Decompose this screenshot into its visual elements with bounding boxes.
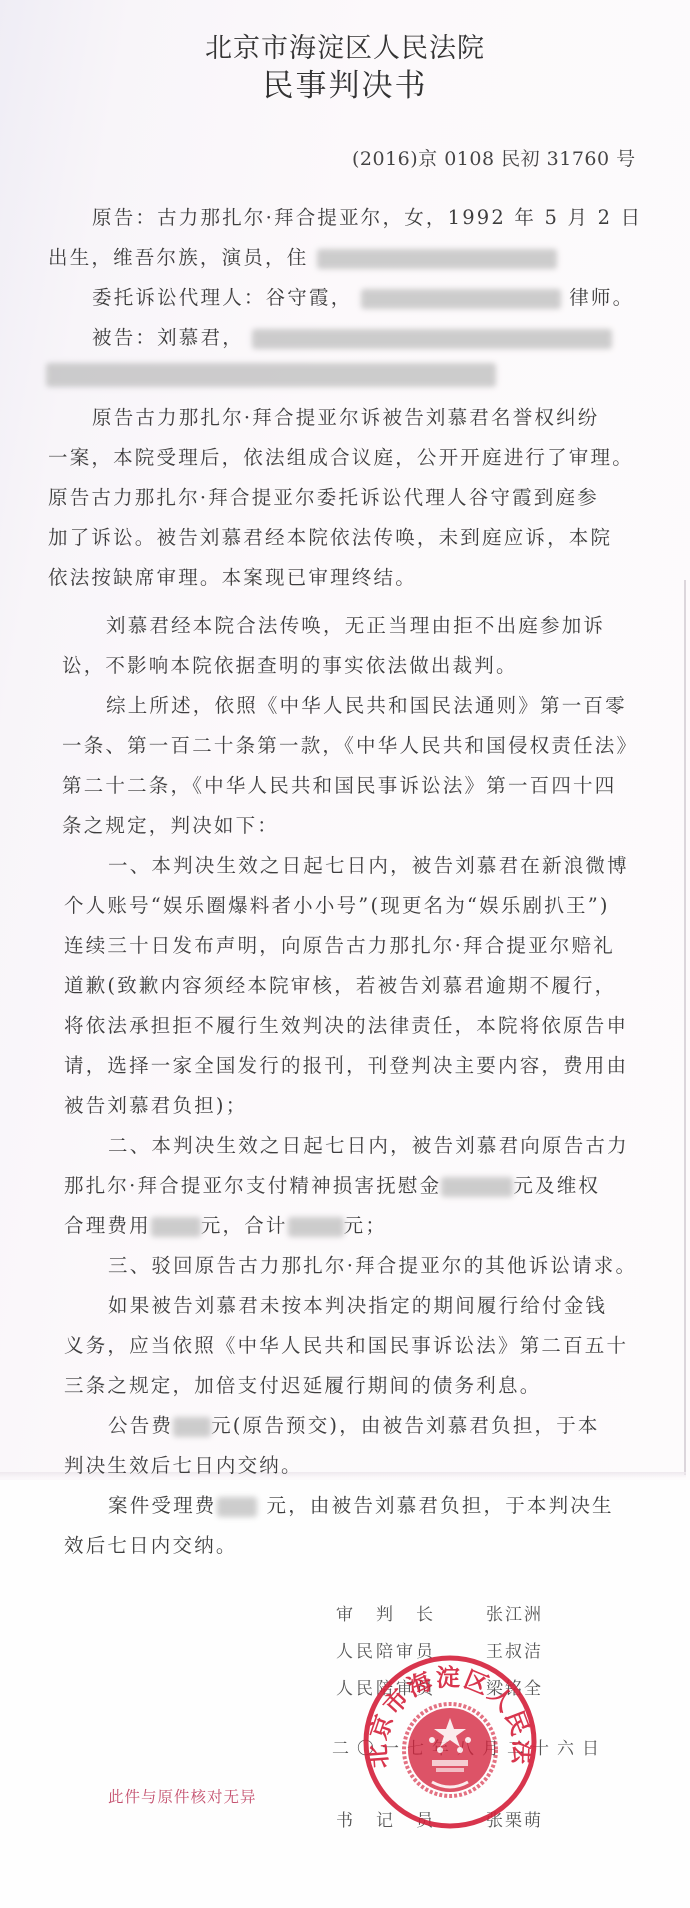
redacted-total-amount (288, 1217, 344, 1237)
announcement-fee-label: 公告费 (108, 1414, 173, 1437)
defendant-label: 被告：刘慕君， (92, 326, 244, 349)
plaintiff-line-2: 出生，维吾尔族，演员，住 (48, 242, 557, 270)
body-line: 第二十二条，《中华人民共和国民事诉讼法》第一百四十四 (62, 770, 616, 798)
verification-note: 此件与原件核对无异 (108, 1785, 257, 1807)
total-suffix: 元； (344, 1214, 387, 1237)
judgment-item-2: 二、本判决生效之日起七日内，被告刘慕君向原告古力 (108, 1130, 629, 1158)
defendant-line: 被告：刘慕君， (92, 322, 612, 350)
judgment-item-2-line-3: 合理费用元，合计元； (64, 1210, 387, 1238)
body-line: 连续三十日发布声明，向原告古力那扎尔·拜合提亚尔赔礼 (64, 930, 615, 958)
signature-role: 审 判 长 (336, 1600, 436, 1625)
body-line: 被告刘慕君负担)； (64, 1090, 247, 1118)
redacted-announcement-fee (173, 1417, 211, 1437)
case-number: (2016)京 0108 民初 31760 号 (352, 144, 636, 171)
expenses-label: 合理费用 (64, 1214, 151, 1237)
redacted-defendant-address (46, 363, 496, 387)
document-title: 民事判决书 (0, 60, 690, 105)
compensation-suffix: 元及维权 (513, 1174, 600, 1197)
case-fee-label: 案件受理费 (108, 1494, 217, 1517)
body-line: 刘慕君经本院合法传唤，无正当理由拒不出庭参加诉 (106, 610, 605, 638)
plaintiff-line-1: 原告：古力那扎尔·拜合提亚尔，女，1992 年 5 月 2 日 (92, 202, 642, 230)
body-line: 原告古力那扎尔·拜合提亚尔委托诉讼代理人谷守霞到庭参 (48, 482, 599, 510)
redacted-expenses-amount (151, 1217, 201, 1237)
body-line: 加了诉讼。被告刘慕君经本院依法传唤，未到庭应诉，本院 (48, 522, 612, 550)
body-line: 讼，不影响本院依据查明的事实依法做出裁判。 (62, 650, 518, 678)
case-fee-text: 元，由被告刘慕君负担，于本判决生 (267, 1494, 614, 1517)
judgment-item-3: 三、驳回原告古力那扎尔·拜合提亚尔的其他诉讼请求。 (108, 1250, 637, 1278)
redacted-address (317, 249, 557, 269)
judgment-item-1: 一、本判决生效之日起七日内，被告刘慕君在新浪微博 (108, 850, 629, 878)
plaintiff-address-label: 出生，维吾尔族，演员，住 (48, 246, 308, 269)
body-line: 原告古力那扎尔·拜合提亚尔诉被告刘慕君名誉权纠纷 (92, 402, 600, 430)
body-line: 将依法承担拒不履行生效判决的法律责任，本院将依原告申 (64, 1010, 628, 1038)
body-line: 如果被告刘慕君未按本判决指定的期间履行给付金钱 (108, 1290, 607, 1318)
body-line: 一案，本院受理后，依法组成合议庭，公开开庭进行了审理。 (48, 442, 634, 470)
paper-strip-edge (684, 580, 686, 1475)
total-label: 元，合计 (201, 1214, 288, 1237)
judgment-item-2-line-2: 那扎尔·拜合提亚尔支付精神损害抚慰金元及维权 (64, 1170, 600, 1198)
body-line: 道歉(致歉内容须经本院审核，若被告刘慕君逾期不履行， (64, 970, 616, 998)
body-line: 请，选择一家全国发行的报刊，刊登判决主要内容，费用由 (64, 1050, 628, 1078)
case-fee-line-2: 效后七日内交纳。 (64, 1530, 238, 1558)
body-line: 三条之规定，加倍支付迟延履行期间的债务利息。 (64, 1370, 541, 1398)
body-line: 条之规定，判决如下： (62, 810, 279, 838)
redacted-case-fee (217, 1497, 257, 1517)
body-line: 一条、第一百二十条第一款，《中华人民共和国侵权责任法》 (62, 730, 638, 758)
signature-name: 张江洲 (486, 1600, 543, 1625)
agent-line: 委托诉讼代理人：谷守霞， 律师。 (92, 282, 634, 310)
redacted-agent-firm (361, 289, 561, 309)
defendant-line-2 (46, 362, 496, 387)
body-line: 义务，应当依照《中华人民共和国民事诉讼法》第二百五十 (64, 1330, 628, 1358)
announcement-fee-line-2: 判决生效后七日内交纳。 (64, 1450, 303, 1478)
agent-suffix: 律师。 (569, 286, 634, 309)
announcement-fee-text: 元(原告预交)，由被告刘慕君负担，于本 (211, 1414, 600, 1437)
compensation-label: 那扎尔·拜合提亚尔支付精神损害抚慰金 (64, 1174, 441, 1197)
body-line: 依法按缺席审理。本案现已审理终结。 (48, 562, 417, 590)
announcement-fee-line: 公告费元(原告预交)，由被告刘慕君负担，于本 (108, 1410, 600, 1438)
body-line: 个人账号“娱乐圈爆料者小小号”(现更名为“娱乐剧扒王”) (64, 890, 610, 918)
body-line: 综上所述，依照《中华人民共和国民法通则》第一百零 (106, 690, 627, 718)
agent-label: 委托诉讼代理人：谷守霞， (92, 286, 352, 309)
court-seal-icon: 北京市海淀区人民法院 (362, 1654, 538, 1830)
case-fee-line: 案件受理费元，由被告刘慕君负担，于本判决生 (108, 1490, 614, 1518)
redacted-compensation-amount (441, 1177, 513, 1197)
redacted-defendant-info (252, 329, 612, 349)
